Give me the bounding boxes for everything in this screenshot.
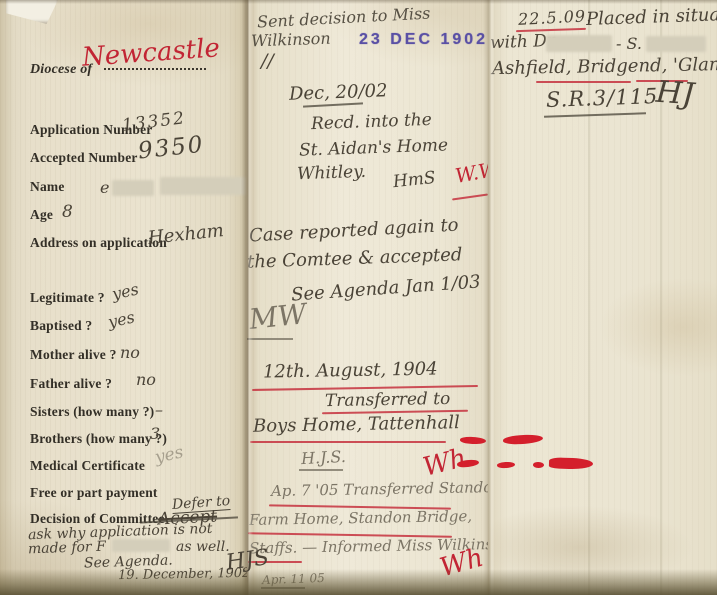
entry1-line2: St. Aidan's Home: [299, 135, 449, 160]
entry2-initials: MW: [247, 297, 308, 336]
date-stamp: 23 DEC 1902: [359, 31, 488, 49]
page-fold: [483, 0, 495, 595]
entry3-initials: H.J.S.: [301, 447, 347, 468]
placement-redaction: [646, 36, 706, 52]
placement-redaction: [546, 35, 612, 52]
name-redaction: [160, 177, 246, 195]
sent-decision-line2: Wilkinson: [251, 29, 331, 51]
red-ink-smear: [533, 462, 544, 468]
entry2-line3: See Agenda Jan 1/03: [290, 271, 481, 305]
field-accepted-number-label: Accepted Number: [30, 150, 138, 166]
ink-underline: [544, 112, 646, 117]
entry3-date: 12th. August, 1904: [263, 358, 438, 382]
field-accepted-number-value: 9350: [137, 132, 206, 165]
field-address-label: Address on application: [30, 235, 167, 251]
field-sisters-label: Sisters (how many ?): [30, 404, 154, 420]
field-brothers-value: 3: [150, 424, 160, 443]
paper-edge-shadow: [0, 569, 717, 595]
notes-panel: Sent decision to Miss Wilkinson 23 DEC 1…: [247, 0, 488, 595]
entry1-line3: Whitley.: [297, 162, 367, 184]
field-age-value: 8: [62, 202, 73, 222]
field-free-or-part-payment-label: Free or part payment: [30, 485, 158, 501]
field-brothers-label: Brothers (how many ?): [30, 431, 167, 447]
name-redaction: [112, 180, 154, 196]
placement-line2b: - S.: [616, 34, 642, 53]
field-application-number-value: 13352: [121, 108, 187, 136]
form-panel: Diocese of Newcastle Application Number …: [0, 0, 247, 595]
paper-edge: [0, 0, 717, 4]
placement-ref: S.R.3/115: [546, 84, 659, 112]
field-sisters-value: –: [155, 400, 163, 419]
entry1-signature-flourish: HmS: [392, 168, 436, 192]
right-monogram: HJ: [655, 75, 696, 113]
page-fold: [241, 0, 253, 595]
placement-line1: Placed in situation: [586, 3, 717, 30]
entry4-line1: Ap. 7 '05 Transferred Standon: [271, 478, 502, 500]
decision-note-redaction: [112, 539, 170, 552]
entry3-line2: Boys Home, Tattenhall: [253, 412, 460, 437]
entry4-line2: Farm Home, Standon Bridge,: [249, 507, 472, 529]
field-name-label: Name: [30, 179, 65, 195]
field-name-value: e: [100, 178, 109, 197]
field-father-alive-value: no: [136, 370, 156, 389]
field-legitimate-value: yes: [110, 279, 140, 303]
entry3-line1: Transferred to: [325, 389, 451, 411]
placement-panel: 22.5.09. Placed in situation with Dr - S…: [488, 0, 717, 595]
decision-note-line2b: as well.: [176, 539, 230, 555]
red-underline: [250, 441, 446, 443]
sent-decision-line1: Sent decision to Miss: [257, 3, 431, 31]
field-mother-alive-label: Mother alive ?: [30, 347, 117, 363]
placement-date: 22.5.09.: [518, 6, 593, 29]
field-medical-certificate-label: Medical Certificate: [30, 458, 145, 474]
red-underline: [536, 81, 631, 83]
decision-inserted-value: Defer to: [171, 493, 230, 514]
field-age-label: Age: [30, 207, 53, 223]
pencil-underline: [299, 469, 343, 471]
field-baptised-label: Baptised ?: [30, 318, 92, 334]
check-tick: //: [261, 50, 274, 72]
field-baptised-value: yes: [106, 307, 136, 331]
field-mother-alive-value: no: [120, 343, 140, 362]
field-address-value: Hexham: [147, 220, 225, 249]
field-legitimate-label: Legitimate ?: [30, 290, 105, 306]
entry2-line2: the Comtee & accepted: [247, 244, 463, 273]
document-scan: Diocese of Newcastle Application Number …: [0, 0, 717, 595]
entry1-date: Dec, 20/02: [289, 80, 388, 104]
pencil-underline: [247, 338, 293, 340]
entry1-line1: Recd. into the: [311, 110, 432, 134]
field-father-alive-label: Father alive ?: [30, 376, 112, 392]
placement-line3: Ashfield, Bridgend, 'Glam.: [492, 54, 717, 79]
field-medical-certificate-value: yes: [153, 442, 185, 467]
entry2-line1: Case reported again to: [249, 215, 459, 247]
